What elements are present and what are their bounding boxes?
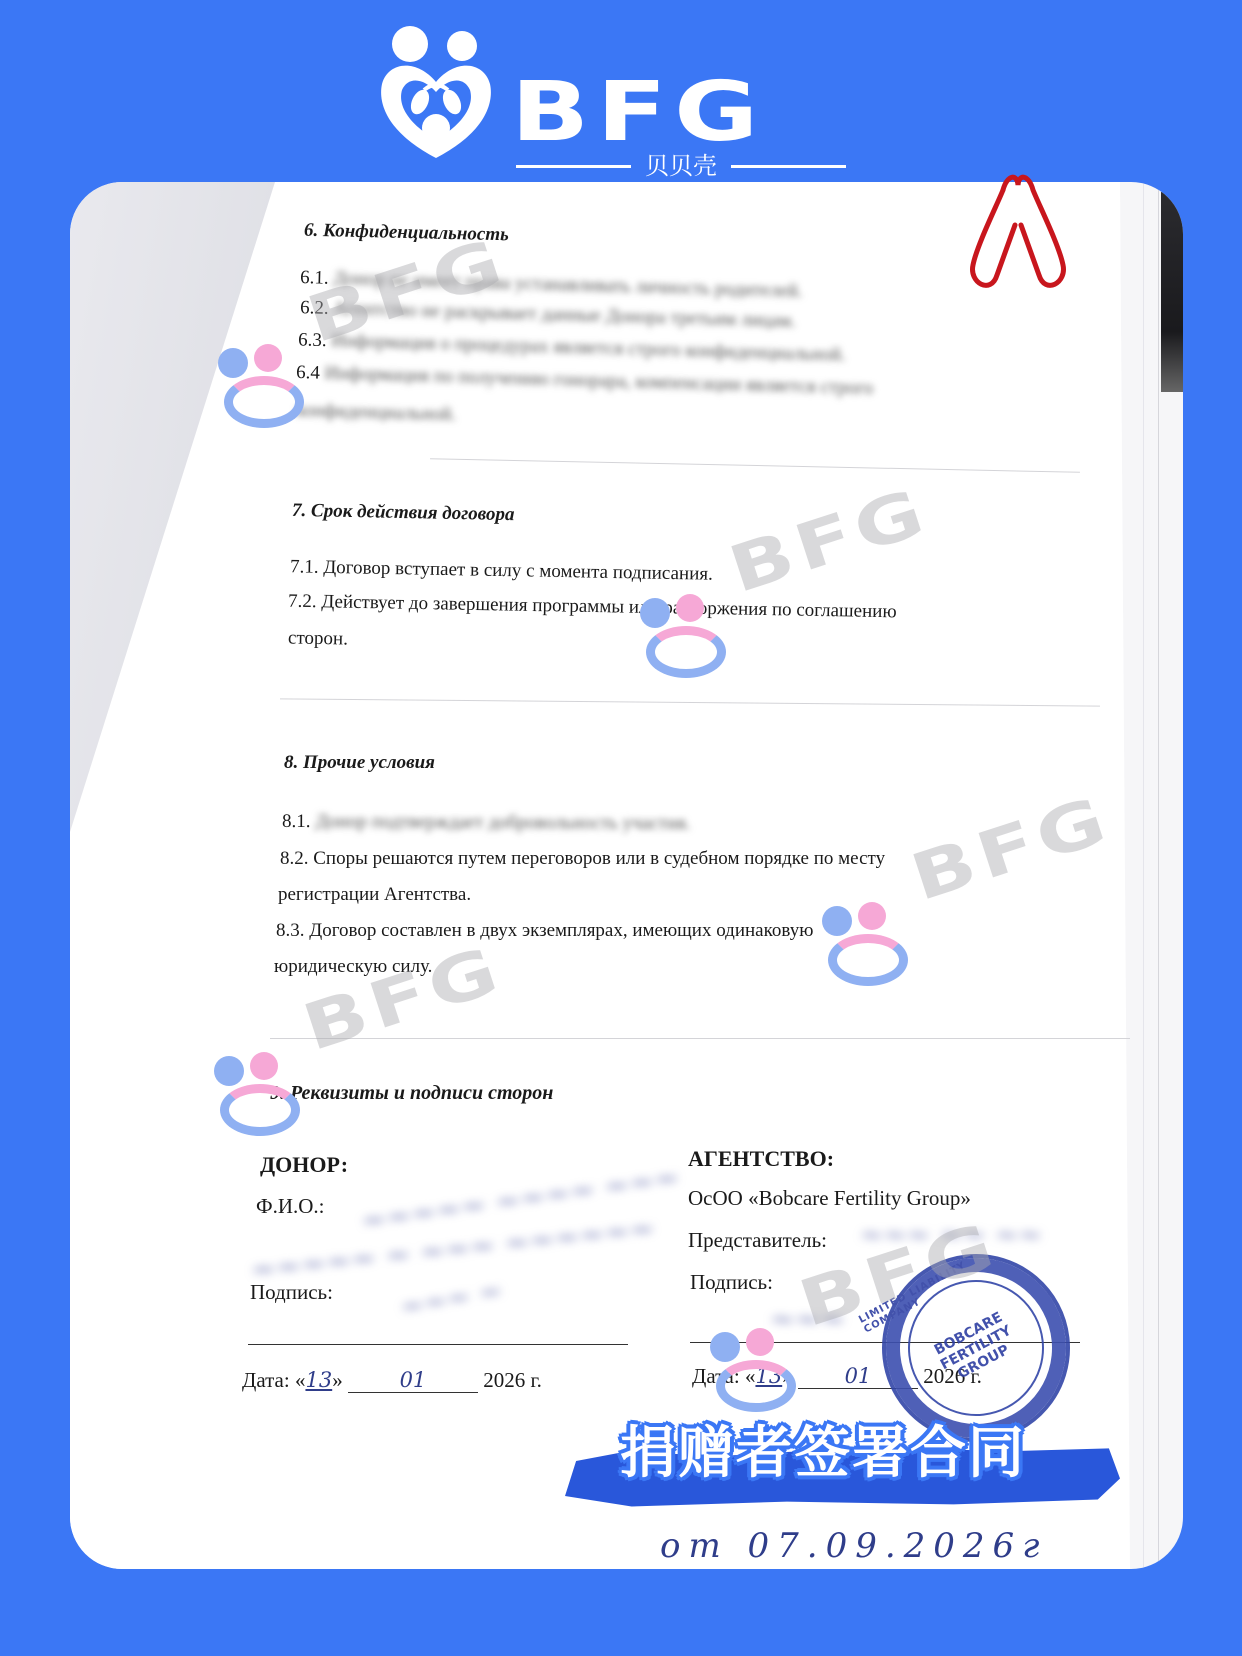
clause-8-2: 8.2. Споры решаются путем переговоров ил… xyxy=(280,848,885,870)
donor-signature-label: Подпись: xyxy=(250,1280,333,1305)
donor-date-month: 01 xyxy=(348,1368,478,1393)
brand-subtitle-row: 贝贝壳 xyxy=(516,152,846,180)
clause-8-3: 8.3. Договор составлен в двух экземпляра… xyxy=(276,920,813,942)
agency-rep-label: Представитель: xyxy=(688,1228,827,1253)
contract-text: 6. Конфиденциальность 6.1. Донор не имее… xyxy=(70,182,1183,1569)
section-title-signatures: 9. Реквизиты и подписи сторон xyxy=(270,1082,553,1105)
donor-date: Дата: «13» 01 2026 г. xyxy=(242,1368,542,1393)
caption-banner: 捐赠者签署合同 xyxy=(565,1418,1120,1518)
clause-7-2-cont: сторон. xyxy=(288,627,348,650)
caption-text: 捐赠者签署合同 xyxy=(620,1426,1026,1482)
agency-signature-label: Подпись: xyxy=(690,1270,773,1295)
clause-7-2: 7.2. Действует до завершения программы и… xyxy=(288,591,897,624)
agency-signature: ~~~ xyxy=(770,1302,845,1337)
donor-date-day: 13 xyxy=(305,1368,332,1392)
clause-6-2: 6.2. Агентство не раскрывает данные Доно… xyxy=(300,297,796,333)
stamp-ring xyxy=(884,1256,1068,1440)
section-title-other: 8. Прочие условия xyxy=(284,752,435,774)
document-photo-card: 6. Конфиденциальность 6.1. Донор не имее… xyxy=(70,182,1183,1569)
family-heart-icon xyxy=(376,22,496,162)
agency-date-day: 13 xyxy=(755,1364,782,1388)
clause-7-1: 7.1. Договор вступает в силу с момента п… xyxy=(290,556,713,585)
brand-name: BFG xyxy=(511,72,766,154)
clause-6-4: 6.4 Информация по получению гонорара, ко… xyxy=(296,362,874,400)
divider xyxy=(516,165,631,168)
divider xyxy=(270,1038,1130,1039)
clause-6-3: 6.3. Информация о процедурах является ст… xyxy=(298,329,846,366)
section-title-term: 7. Срок действия договора xyxy=(292,500,515,526)
donor-signature-line xyxy=(248,1344,628,1345)
divider xyxy=(280,698,1100,706)
clause-6-4-cont: конфиденциальной. xyxy=(296,400,457,426)
divider xyxy=(430,458,1080,473)
clause-8-3-cont: юридическую силу. xyxy=(274,956,432,978)
clause-8-2-cont: регистрации Агентства. xyxy=(278,884,471,906)
agency-org: ОсОО «Bobcare Fertility Group» xyxy=(688,1186,971,1211)
clause-8-1: 8.1. Донор подтверждает добровольность у… xyxy=(282,811,691,835)
handwritten-date-note: от 07.09.2026г xyxy=(660,1526,1047,1566)
brand-subtitle: 贝贝壳 xyxy=(645,154,717,178)
brand-logo: BFG 贝贝壳 xyxy=(376,22,846,172)
paperclip-icon xyxy=(963,165,1073,300)
agency-heading: АГЕНТСТВО: xyxy=(688,1146,834,1172)
section-title-confidentiality: 6. Конфиденциальность xyxy=(304,220,509,247)
donor-heading: ДОНОР: xyxy=(260,1152,348,1178)
clause-6-1: 6.1. Донор не имеет права устанавливать … xyxy=(300,267,803,303)
donor-name-label: Ф.И.О.: xyxy=(256,1194,325,1219)
donor-signature: ~~~ ~ xyxy=(398,1273,505,1323)
divider xyxy=(731,165,846,168)
